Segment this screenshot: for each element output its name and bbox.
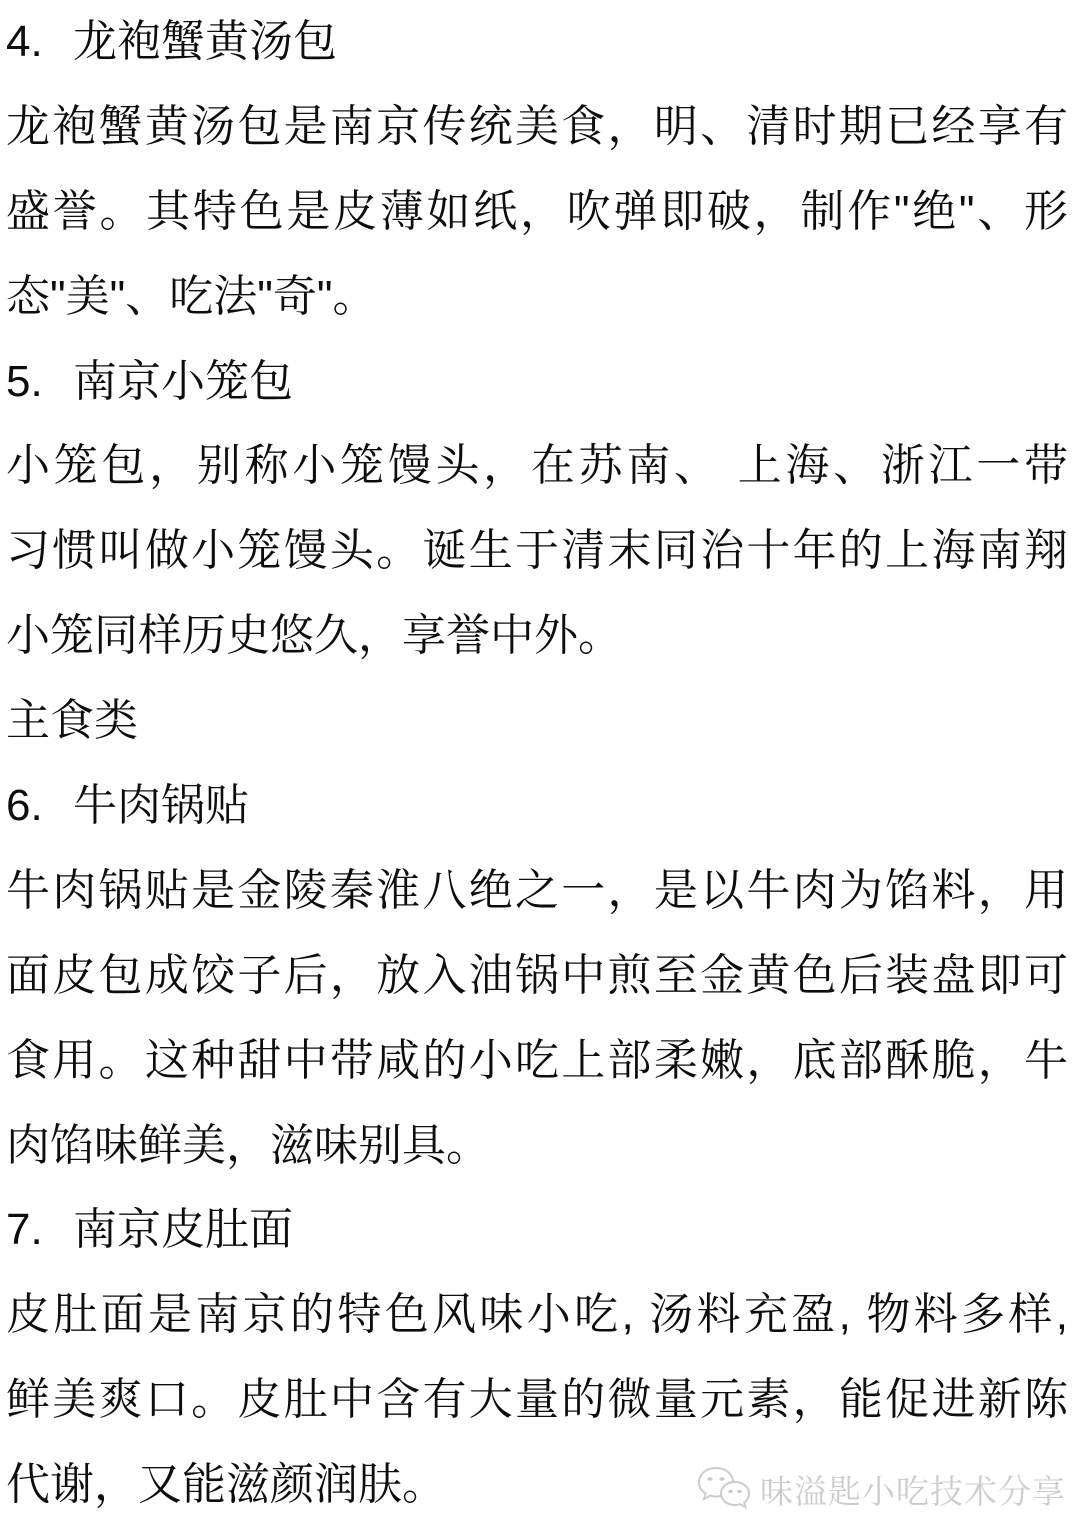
heading-title: 龙袍蟹黄汤包 [73, 17, 337, 66]
section-heading: 6.牛肉锅贴 [6, 764, 1068, 849]
heading-number: 5. [6, 340, 73, 425]
paragraph-line: 皮肚面是南京的特色风味小吃, 汤料充盈, 物料多样, [6, 1273, 1068, 1358]
heading-number: 7. [6, 1188, 73, 1273]
paragraph-line: 鲜美爽口。皮肚中含有大量的微量元素，能促进新陈 [6, 1358, 1068, 1443]
paragraph-line: 盛誉。其特色是皮薄如纸，吹弹即破，制作"绝"、形 [6, 170, 1068, 255]
heading-number: 4. [6, 0, 73, 85]
section-heading: 4.龙袍蟹黄汤包 [6, 0, 1068, 85]
chat-bubbles-icon [695, 1464, 753, 1514]
paragraph-line: 习惯叫做小笼馒头。诞生于清末同治十年的上海南翔 [6, 509, 1068, 594]
watermark: 味溢匙小吃技术分享 [695, 1464, 1066, 1514]
watermark-label: 味溢匙小吃技术分享 [760, 1466, 1066, 1513]
heading-title: 牛肉锅贴 [73, 781, 249, 830]
article-page: 4.龙袍蟹黄汤包龙袍蟹黄汤包是南京传统美食，明、清时期已经享有盛誉。其特色是皮薄… [0, 0, 1080, 1528]
paragraph-line: 态"美"、吃法"奇"。 [6, 255, 1068, 340]
article-body: 4.龙袍蟹黄汤包龙袍蟹黄汤包是南京传统美食，明、清时期已经享有盛誉。其特色是皮薄… [6, 0, 1068, 1528]
paragraph-line: 龙袍蟹黄汤包是南京传统美食，明、清时期已经享有 [6, 85, 1068, 170]
paragraph-line: 小笼同样历史悠久，享誉中外。 [6, 594, 1068, 679]
paragraph-line: 主食类 [6, 679, 1068, 764]
heading-title: 南京小笼包 [73, 357, 293, 406]
paragraph-line: 食用。这种甜中带咸的小吃上部柔嫩，底部酥脆，牛 [6, 1019, 1068, 1104]
section-heading: 5.南京小笼包 [6, 340, 1068, 425]
paragraph-line: 牛肉锅贴是金陵秦淮八绝之一，是以牛肉为馅料，用 [6, 849, 1068, 934]
section-heading: 7.南京皮肚面 [6, 1188, 1068, 1273]
paragraph-line: 小笼包，别称小笼馒头，在苏南、 上海、浙江一带 [6, 424, 1068, 509]
paragraph-line: 面皮包成饺子后，放入油锅中煎至金黄色后装盘即可 [6, 934, 1068, 1019]
heading-number: 6. [6, 764, 73, 849]
heading-title: 南京皮肚面 [73, 1205, 293, 1254]
paragraph-line: 肉馅味鲜美，滋味别具。 [6, 1104, 1068, 1189]
